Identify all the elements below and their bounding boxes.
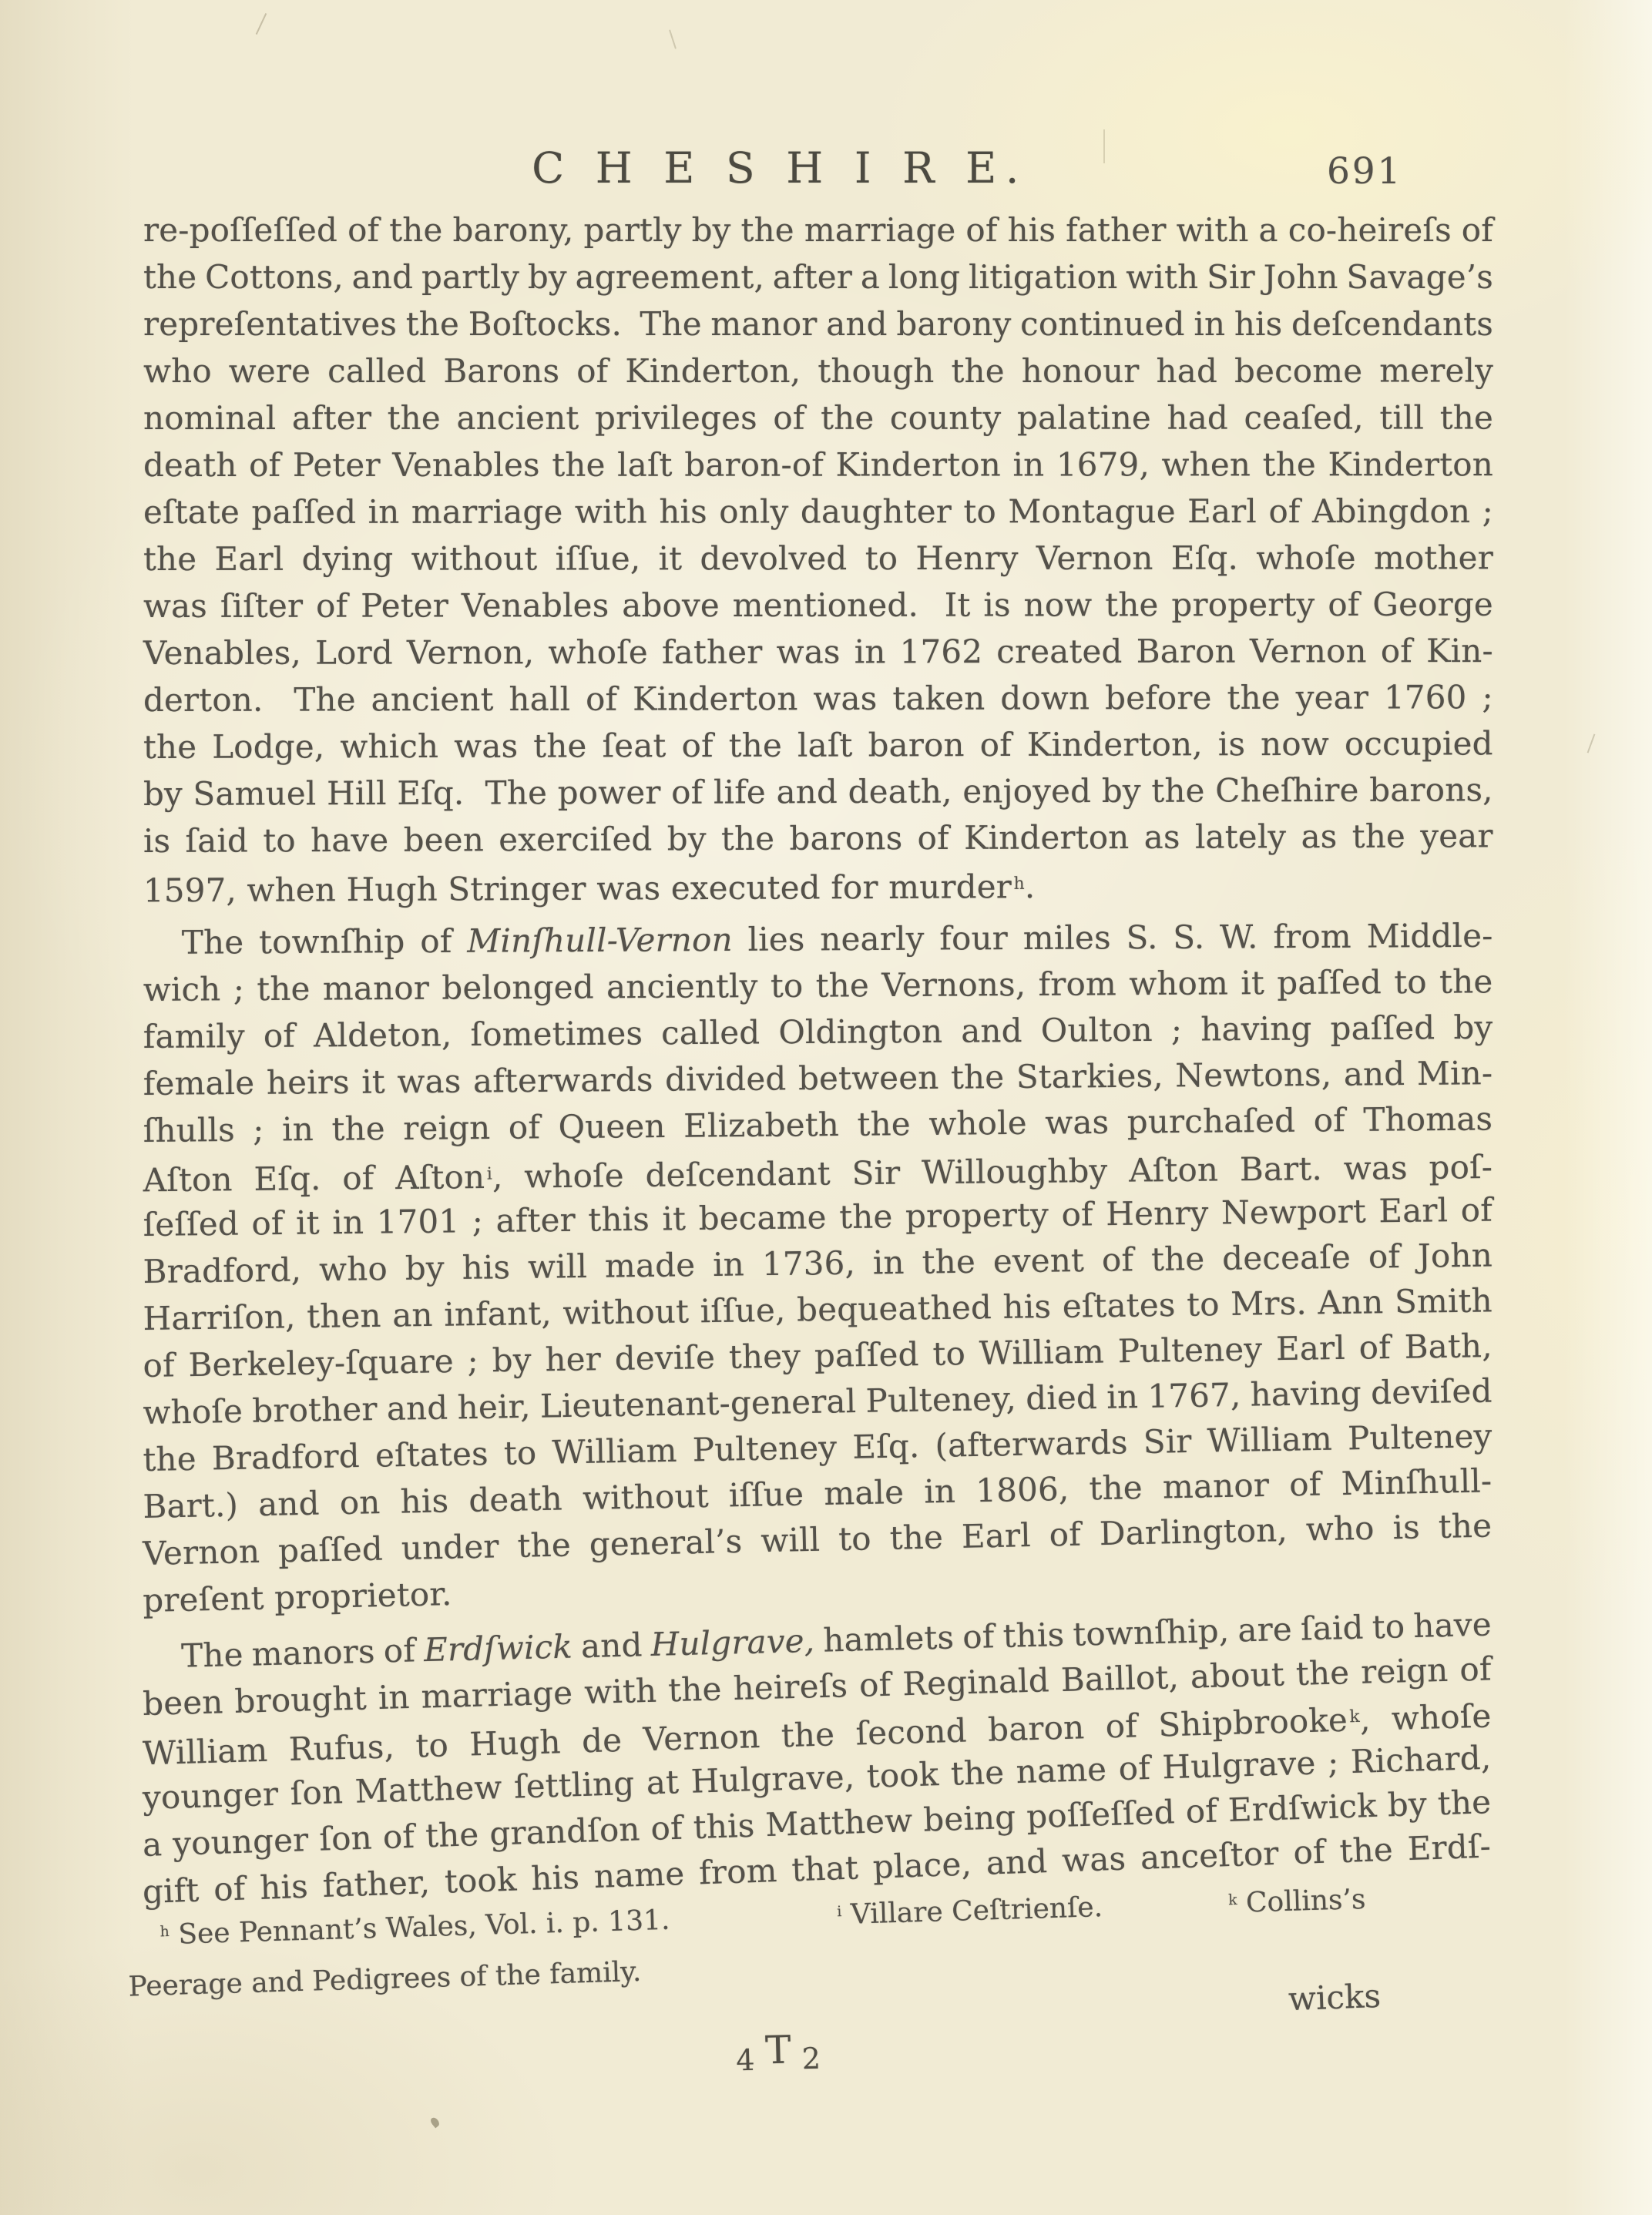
text-line: Venables, Lord Vernon, whoſe father was … (143, 627, 1499, 676)
text-line: eſtate paſſed in marriage with his only … (143, 488, 1499, 535)
footnote-text: Villare Ceſtrienſe. (841, 1891, 1103, 1931)
text-segment: The townſhip of (182, 922, 468, 962)
text-line-content: the Cottons, and partly by agreement, af… (143, 253, 1493, 300)
catchword: wicks (1288, 1977, 1382, 2018)
text-segment: lies nearly four miles S. S. W. from Mid… (733, 917, 1493, 958)
text-segment: was ſiſter of Peter Venables above menti… (143, 586, 1493, 625)
text-line-content: who were called Barons of Kinderton, tho… (143, 347, 1493, 394)
text-segment: nominal after the ancient privileges of … (143, 398, 1493, 437)
signature-letter: T (764, 2028, 791, 2073)
text-line-content: the Earl dying without iſſue, it devolve… (143, 534, 1493, 582)
text-segment: Hulgrave, (650, 1622, 815, 1663)
text-segment: death of Peter Venables the laſt baron-o… (143, 445, 1493, 484)
text-segment: family of Aldeton, ſometimes called Oldi… (143, 1008, 1493, 1055)
text-line: was ſiſter of Peter Venables above menti… (143, 581, 1499, 629)
text-line: who were called Barons of Kinderton, tho… (143, 347, 1499, 394)
text-line: re-poſſeſſed of the barony, partly by th… (143, 206, 1499, 253)
text-line-content: the Lodge, which was the ſeat of the laſ… (143, 720, 1493, 770)
text-segment: Venables, Lord Vernon, whoſe father was … (143, 632, 1493, 672)
text-line: is ſaid to have been exerciſed by the ba… (143, 812, 1499, 864)
text-segment: . (1025, 868, 1036, 905)
text-line: repreſentatives the Boſtocks. The manor … (143, 300, 1499, 347)
text-line-content: repreſentatives the Boſtocks. The manor … (143, 300, 1493, 347)
text-line: nominal after the ancient privileges of … (143, 394, 1499, 441)
page-number: 691 (1327, 150, 1402, 193)
text-line: The townſhip of Minſhull-Vernon lies nea… (143, 912, 1499, 966)
footnote-marker: h (159, 1924, 170, 1940)
text-segment: wich ; the manor belonged anciently to t… (143, 962, 1493, 1008)
paragraph: The manors of Erdſwick and Hulgrave, ham… (143, 1633, 1499, 1915)
text-segment: who were called Barons of Kinderton, tho… (143, 352, 1493, 390)
text-segment: by Samuel Hill Eſq. The power of life an… (143, 770, 1493, 813)
text-segment: , whoſe (1359, 1696, 1492, 1738)
text-segment: the Lodge, which was the ſeat of the laſ… (143, 724, 1493, 766)
running-title: C H E S H I R E. (143, 143, 1416, 197)
text-segment: 1597, when Hugh Stringer was executed fo… (143, 868, 1012, 909)
footnote-marker: k (1228, 1892, 1237, 1908)
text-line-content: preſent proprietor. (143, 1570, 452, 1624)
text-segment: re-poſſeſſed of the barony, partly by th… (143, 211, 1493, 249)
text-line-content: death of Peter Venables the laſt baron-o… (143, 441, 1493, 488)
footnote: k Collins’s (1226, 1884, 1365, 1919)
scan-artifact (1587, 733, 1596, 753)
scan-artifact (669, 29, 677, 49)
paragraph: The townſhip of Minſhull-Vernon lies nea… (143, 919, 1499, 1624)
scan-artifact (256, 13, 267, 35)
footnote-text: Collins’s (1237, 1884, 1366, 1919)
text-line: 1597, when Hugh Stringer was executed fo… (143, 858, 1499, 911)
text-line: by Samuel Hill Eſq. The power of life an… (143, 766, 1499, 817)
text-line-content: was ſiſter of Peter Venables above menti… (143, 581, 1493, 629)
text-segment: derton. The ancient hall of Kinderton wa… (143, 678, 1493, 719)
footnote-ref: k (1349, 1707, 1360, 1727)
scan-artifact (429, 2116, 441, 2129)
text-line: the Cottons, and partly by agreement, af… (143, 253, 1499, 300)
text-line-content: Venables, Lord Vernon, whoſe father was … (143, 627, 1493, 676)
text-segment: repreſentatives the Boſtocks. The manor … (143, 305, 1493, 343)
text-segment: and (572, 1626, 651, 1665)
text-segment: Erdſwick (423, 1627, 572, 1669)
text-segment: eſtate paſſed in marriage with his only … (143, 492, 1493, 531)
text-line-content: The townſhip of Minſhull-Vernon lies nea… (182, 912, 1493, 966)
book-page: C H E S H I R E. 691 re-poſſeſſed of the… (0, 0, 1652, 2215)
text-line-content: derton. The ancient hall of Kinderton wa… (143, 673, 1493, 723)
text-segment: the Cottons, and partly by agreement, af… (143, 258, 1493, 296)
text-line-content: 1597, when Hugh Stringer was executed fo… (143, 861, 1036, 915)
text-segment: preſent proprietor. (143, 1575, 452, 1619)
text-line: the Earl dying without iſſue, it devolve… (143, 534, 1499, 582)
body-text: re-poſſeſſed of the barony, partly by th… (143, 206, 1499, 1915)
paragraph: re-poſſeſſed of the barony, partly by th… (143, 206, 1499, 911)
text-line: death of Peter Venables the laſt baron-o… (143, 441, 1499, 488)
text-segment: the Earl dying without iſſue, it devolve… (143, 539, 1493, 578)
scan-artifact (1103, 129, 1105, 163)
text-line-content: nominal after the ancient privileges of … (143, 394, 1493, 441)
text-line-content: eſtate paſſed in marriage with his only … (143, 488, 1493, 535)
text-segment: Aſton Eſq. of Aſton (143, 1158, 485, 1199)
signature-number-right: 2 (801, 2041, 821, 2076)
text-line: derton. The ancient hall of Kinderton wa… (143, 673, 1499, 723)
signature-mark: 4T2 (730, 2026, 826, 2077)
signature-number-left: 4 (736, 2042, 755, 2077)
text-segment: The manors of (181, 1631, 425, 1675)
text-line-content: re-poſſeſſed of the barony, partly by th… (143, 206, 1493, 253)
text-segment: is ſaid to have been exerciſed by the ba… (143, 817, 1493, 860)
text-line-content: is ſaid to have been exerciſed by the ba… (143, 812, 1493, 864)
text-segment: female heirs it was afterwards divided b… (143, 1054, 1493, 1102)
text-segment: Minſhull-Vernon (467, 921, 733, 960)
text-line-content: by Samuel Hill Eſq. The power of life an… (143, 766, 1493, 817)
text-line: the Lodge, which was the ſeat of the laſ… (143, 720, 1499, 770)
footnote-ref: h (1014, 874, 1025, 894)
